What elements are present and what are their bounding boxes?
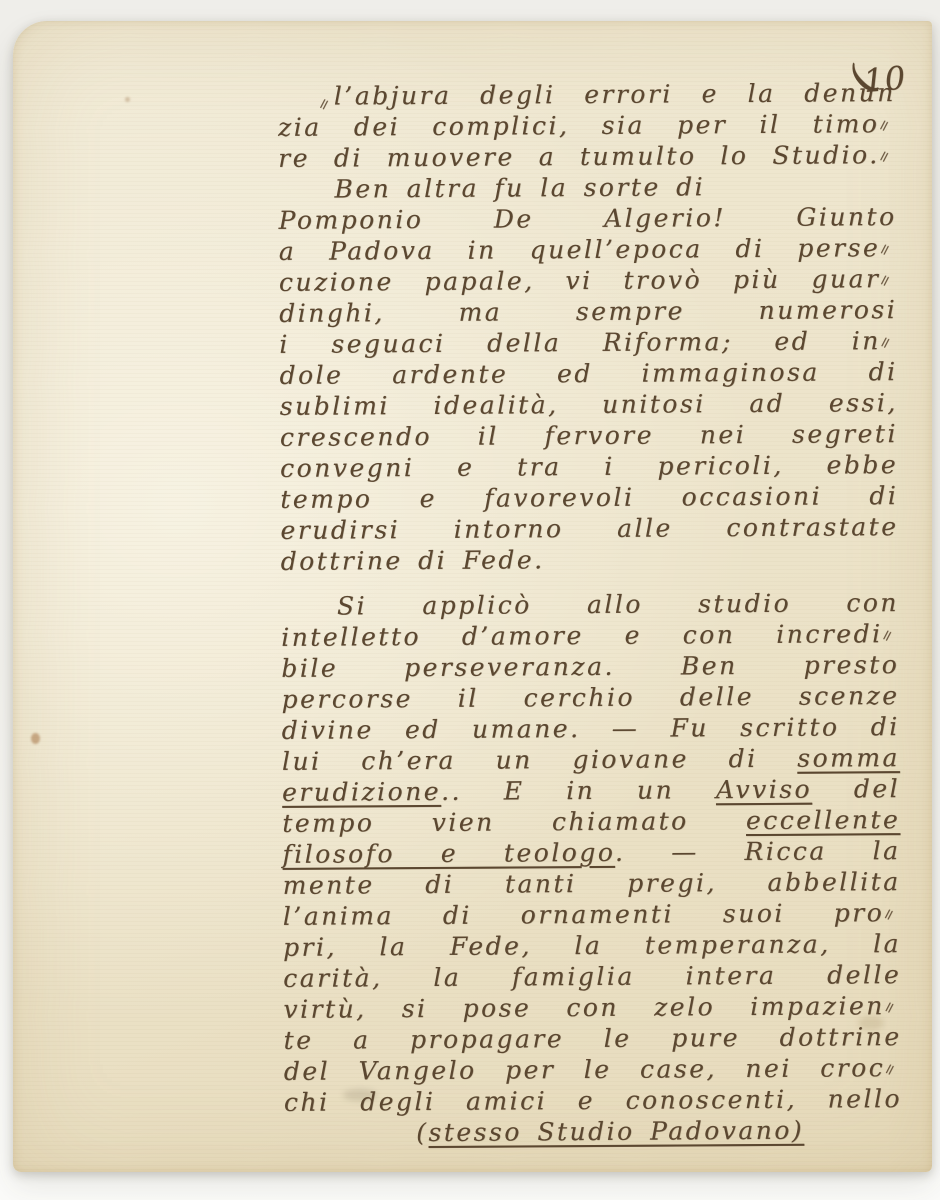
text-segment: sublimi idealità, unitosi ad essi, [280, 388, 898, 421]
manuscript-line: lui ch’era un giovane di somma [282, 742, 900, 777]
text-segment: ( [416, 1118, 428, 1147]
underlined-text: somma [797, 743, 900, 773]
text-segment: Si applicò allo studio con [337, 588, 899, 620]
manuscript-line: convegni e tra i pericoli, ebbe [280, 449, 898, 484]
manuscript-line: erudizione.. E in un Avviso del [282, 773, 900, 808]
manuscript-line: mente di tanti pregi, abbellita [283, 866, 901, 901]
underlined-text: eccellente [746, 805, 901, 835]
text-segment: a Padova in quell’epoca di perse [279, 233, 881, 266]
text-segment: Ben altra fu la sorte di [334, 172, 705, 203]
manuscript-line: percorse il cerchio delle scenze [281, 680, 899, 715]
manuscript-line: (stesso Studio Padovano) [284, 1114, 902, 1149]
underlined-text: erudizione [282, 777, 441, 807]
text-segment: del [812, 774, 900, 804]
text-segment: erudirsi intorno alle contrastate [280, 512, 898, 545]
manuscript-line: sublimi idealità, unitosi ad essi, [280, 387, 898, 422]
underlined-text: filosofo e teologo [282, 838, 615, 869]
text-segment: virtù, si pose con zelo impazien [283, 991, 885, 1024]
text-segment: Pomponio De Algerio! Giunto [279, 202, 897, 235]
manuscript-line: Si applicò allo studio con [281, 587, 899, 622]
text-segment: intelletto d’amore e con incredi [281, 619, 883, 652]
manuscript-line: bile perseveranza. Ben presto [281, 649, 899, 684]
text-segment: percorse il cerchio delle scenze [281, 681, 899, 714]
text-segment: zia dei complici, sia per il timo [278, 109, 880, 142]
underlined-text: Avviso [716, 775, 812, 805]
text-segment: re di muovere a tumulto lo Studio. [278, 140, 880, 173]
manuscript-line: crescendo il fervore nei segreti [280, 418, 898, 453]
text-segment: dole ardente ed immaginosa di [279, 357, 897, 390]
manuscript-line: dole ardente ed immaginosa di [279, 356, 897, 391]
manuscript-line: dottrine di Fede. [281, 542, 899, 577]
text-segment: cuzione papale, vi trovò più guar [279, 264, 881, 297]
text-segment: del Vangelo per le case, nei croc [284, 1053, 886, 1086]
manuscript-line: intelletto d’amore e con incredi= [281, 618, 899, 653]
manuscript-line: erudirsi intorno alle contrastate [280, 511, 898, 546]
text-segment: lui ch’era un giovane di [282, 744, 797, 776]
manuscript-line: pri, la Fede, la temperanza, la [283, 928, 901, 963]
text-segment: .. E in un [441, 775, 716, 806]
text-segment: te a propagare le pure dottrine [284, 1022, 902, 1055]
manuscript-line: tempo vien chiamato eccellente [282, 804, 900, 839]
manuscript-line: tempo e favorevoli occasioni di [280, 480, 898, 515]
manuscript-line: virtù, si pose con zelo impazien= [283, 990, 901, 1025]
text-segment: convegni e tra i pericoli, ebbe [280, 450, 898, 483]
text-segment: dinghi, ma sempre numerosi [279, 295, 897, 328]
manuscript-line: Ben altra fu la sorte di [278, 170, 896, 205]
manuscript-line: re di muovere a tumulto lo Studio.= [278, 139, 896, 174]
text-segment: i seguaci della Riforma; ed in [279, 326, 881, 359]
text-segment: pri, la Fede, la temperanza, la [283, 929, 901, 962]
manuscript-line: te a propagare le pure dottrine [284, 1021, 902, 1056]
manuscript-line: divine ed umane. — Fu scritto di [282, 711, 900, 746]
text-segment: l’anima di ornamenti suoi pro [283, 898, 885, 931]
manuscript-line: chi degli amici e conoscenti, nello [284, 1083, 902, 1118]
text-segment: mente di tanti pregi, abbellita [283, 867, 901, 900]
text-segment: dottrine di Fede. [281, 545, 545, 576]
underlined-text: stesso Studio Padovano) [428, 1116, 804, 1147]
text-segment: . — Ricca la [615, 836, 901, 867]
text-segment: tempo vien chiamato [282, 806, 746, 838]
manuscript-page: (10 l’abjura degli errori e la denun=zia… [13, 21, 932, 1172]
manuscript-line: cuzione papale, vi trovò più guar= [279, 263, 897, 298]
manuscript-line: Pomponio De Algerio! Giunto [279, 201, 897, 236]
text-segment: carità, la famiglia intera delle [283, 960, 901, 993]
manuscript-text: l’abjura degli errori e la denun=zia dei… [278, 77, 903, 1149]
manuscript-line: l’anima di ornamenti suoi pro= [283, 897, 901, 932]
manuscript-line: dinghi, ma sempre numerosi [279, 294, 897, 329]
text-segment: tempo e favorevoli occasioni di [280, 481, 898, 514]
text-segment: l’abjura degli errori e la denun [334, 78, 896, 110]
text-segment: crescendo il fervore nei segreti [280, 419, 898, 452]
manuscript-line: filosofo e teologo. — Ricca la [282, 835, 900, 870]
manuscript-line: zia dei complici, sia per il timo= [278, 108, 896, 143]
foxing-stain [125, 97, 130, 102]
foxing-stain [31, 733, 40, 744]
manuscript-line: l’abjura degli errori e la denun= [278, 77, 896, 112]
manuscript-line: del Vangelo per le case, nei croc= [284, 1052, 902, 1087]
text-segment: bile perseveranza. Ben presto [281, 650, 899, 683]
text-segment: chi degli amici e conoscenti, nello [284, 1084, 902, 1117]
text-segment: divine ed umane. — Fu scritto di [282, 712, 900, 745]
manuscript-line: i seguaci della Riforma; ed in= [279, 325, 897, 360]
manuscript-line: a Padova in quell’epoca di perse= [279, 232, 897, 267]
manuscript-line: carità, la famiglia intera delle [283, 959, 901, 994]
